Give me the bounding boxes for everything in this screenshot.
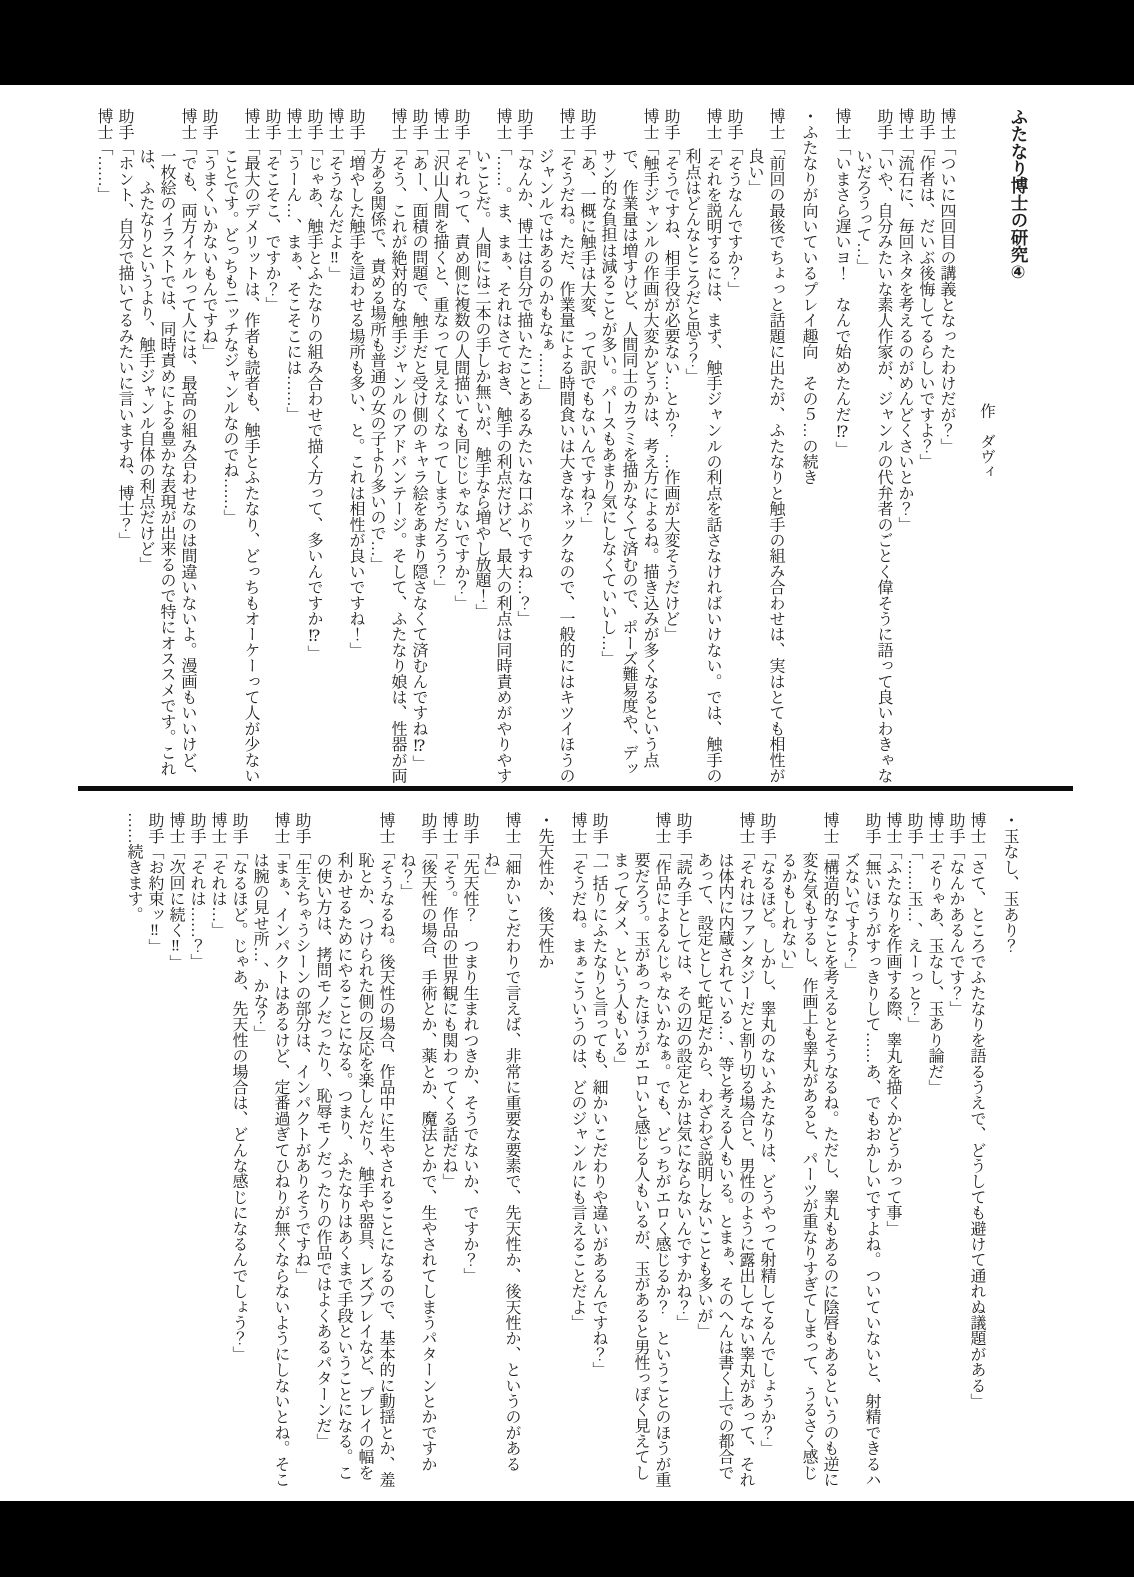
dialogue-line: 助手「……玉…、えーっと？」 (903, 812, 924, 1492)
dialogue-line: 助手「なるほど。しかし、睾丸のないふたなりは、どうやって射精してるんでしょうか？… (756, 812, 777, 1492)
dialogue-line: 助手「あ、一概に触手は大変、って訳でもないんですね？」 (576, 108, 597, 790)
page-title: ふたなり博士の研究④ (1005, 108, 1032, 790)
section-heading: ・先天性か、後天性か (534, 812, 555, 1492)
dialogue-line: 博士「触手ジャンルの作画が大変かどうかは、考え方によるね。描き込みが多くなるとい… (597, 108, 660, 790)
dialogue-line: 助手「なんかあるんです？」 (945, 812, 966, 1492)
dialogue-line: 助手「そうなんですか？」 (723, 108, 744, 790)
dialogue-line: 博士「ついに四回目の講義となったわけだが？」 (936, 108, 957, 790)
dialogue-line: 助手「増やした触手を這わせる場所も多い、と。これは相性が良いですね！」 (345, 108, 366, 790)
dialogue-line: 博士「そりゃあ、玉なし、玉あり論だ」 (924, 812, 945, 1492)
dialogue-line: 博士「それはファンタジーだと割り切る場合と、男性のように露出してない睾丸があって… (693, 812, 756, 1492)
dialogue-line: 博士「細かいこだわりで言えば、非常に重要な要素で、先天性か、後天性か、というのが… (480, 812, 522, 1492)
dialogue-line: 博士「……。ま、まぁ、それはさておき、触手の利点だけど、最大の利点は同時責めがや… (471, 108, 513, 790)
dialogue-line: 博士「それは…」 (207, 812, 228, 1492)
dialogue-line: 博士「そうなるね。後天性の場合、作品中に生やされることになるので、基本的に動揺と… (312, 812, 396, 1492)
dialogue-line: 博士「構造的なことを考えるとそうなるね。ただし、睾丸もあるのに陰唇もあるというの… (777, 812, 840, 1492)
top-text-section: ふたなり博士の研究④作 ダヴィ博士「ついに四回目の講義となったわけだが？」助手「… (93, 108, 1032, 790)
dialogue-line: 助手「あー、面積の問題で、触手だと受け側のキャラ絵をあまり隠さなくて済むんですね… (408, 108, 429, 790)
dialogue-line: 博士「流石に、毎回ネタを考えるのがめんどくさいとか？」 (894, 108, 915, 790)
dialogue-line: 助手「それは……？」 (186, 812, 207, 1492)
dialogue-line: 博士「そう。作品の世界観にも関わってくる話だね」 (438, 812, 459, 1492)
bottom-text-section: ・玉なし、玉あり？博士「さて、ところでふたなりを語るうえで、どうしても避けて通れ… (123, 812, 1032, 1492)
dialogue-line: 助手「生えちゃうシーンの部分は、インパクトがありそうですね」 (291, 812, 312, 1492)
dialogue-line: 博士「次回に続く‼」 (165, 812, 186, 1492)
bottom-letterbox-bar (0, 1501, 1134, 1577)
continuation-note: ……続きます。 (123, 812, 144, 1492)
dialogue-line: 博士「いまさら遅いヨ！ なんで始めたんだ⁉」 (831, 108, 852, 790)
dialogue-line: 助手「なんか、博士は自分で描いたことあるみたいな口ぶりですね…？」 (513, 108, 534, 790)
dialogue-line: 助手「そうですね、相手役が必要ない…とか？ …作画が大変そうだけど」 (660, 108, 681, 790)
dialogue-line: 博士「そうなんだよ‼」 (324, 108, 345, 790)
section-divider-rule (78, 786, 1073, 791)
dialogue-line: 博士「最大のデメリットは、作者も読者も、触手とふたなり、どっちもオーケーって人が… (219, 108, 261, 790)
dialogue-line: 助手「作者は、だいぶ後悔してるらしいですよ？」 (915, 108, 936, 790)
dialogue-line: 博士「そう、これが絶対的な触手ジャンルのアドバンテージ。そして、ふたなり娘は、性… (366, 108, 408, 790)
author-credit: 作 ダヴィ (975, 108, 997, 790)
top-letterbox-bar (0, 0, 1134, 85)
section-heading: ・玉なし、玉あり？ (999, 812, 1020, 1492)
dialogue-line: 博士「作品によるんじゃないかなぁ。でも、どっちがエロく感じるか？ ということのほ… (609, 812, 672, 1492)
dialogue-line: 助手「じゃあ、触手とふたなりの組み合わせで描く方って、多いんですか⁉」 (303, 108, 324, 790)
dialogue-line: 博士「うーん…、まぁ、そこそこには……」 (282, 108, 303, 790)
dialogue-line: 博士「まぁ、インパクトはあるけど、定番過ぎてひねりが無くならないようにしないとね… (249, 812, 291, 1492)
dialogue-line: 博士「沢山人間を描くと、重なって見えなくなってしまうだろう？」 (429, 108, 450, 790)
dialogue-line: 助手「それって、責め側に複数の人間描いても同じじゃないですか？」 (450, 108, 471, 790)
dialogue-line: 助手「そこそこ、ですか？」 (261, 108, 282, 790)
dialogue-line: 助手「うまくいかないもんですね」 (198, 108, 219, 790)
dialogue-line: 博士「さて、ところでふたなりを語るうえで、どうしても避けて通れぬ議題がある」 (966, 812, 987, 1492)
dialogue-line: 助手「読み手としては、その辺の設定とかは気にならないんですかね？」 (672, 812, 693, 1492)
dialogue-line: 博士「前回の最後でちょっと話題に出たが、ふたなりと触手の組み合わせは、実はとても… (744, 108, 786, 790)
dialogue-line: 博士「そうだね。ただ、作業量による時間食いは大きなネックなので、一般的にはキツイ… (534, 108, 576, 790)
dialogue-line: 助手「一括りにふたなりと言っても、細かいこだわりや違いがあるんですね？」 (588, 812, 609, 1492)
dialogue-line: 助手「無いほうがすっきりして……あ、でもおかしいですよね。ついていないと、射精で… (840, 812, 882, 1492)
dialogue-line: 助手「なるほど。じゃあ、先天性の場合は、どんな感じになるんでしょう？」 (228, 812, 249, 1492)
dialogue-line: 助手「後天性の場合、手術とか、薬とか、魔法とかで、生やされてしまうパターンとかで… (396, 812, 438, 1492)
dialogue-line: 博士「でも、両方イケルって人には、最高の組み合わせなのは間違いないよ。漫画もいい… (135, 108, 198, 790)
dialogue-line: 博士「ふたなりを作画する際、睾丸を描くかどうかって事」 (882, 812, 903, 1492)
dialogue-line: 助手「お約束ッ‼」 (144, 812, 165, 1492)
dialogue-line: 助手「いや、自分みたいな素人作家が、ジャンルの代弁者のごとく偉そうに語って良いわ… (852, 108, 894, 790)
dialogue-line: 博士「そうだね。まぁこういうのは、どのジャンルにも言えることだよ」 (567, 812, 588, 1492)
dialogue-line: 博士「……」 (93, 108, 114, 790)
dialogue-line: 助手「ホント、自分で描いてるみたいに言いますね、博士？」 (114, 108, 135, 790)
doujin-text-page: ふたなり博士の研究④作 ダヴィ博士「ついに四回目の講義となったわけだが？」助手「… (0, 0, 1134, 1577)
dialogue-line: 助手「先天性？ つまり生まれつきか、そうでないか、ですか？」 (459, 812, 480, 1492)
dialogue-line: 博士「それを説明するには、まず、触手ジャンルの利点を話さなければいけない。では、… (681, 108, 723, 790)
section-heading: ・ふたなりが向いているプレイ趣向 その５…の続き (798, 108, 819, 790)
